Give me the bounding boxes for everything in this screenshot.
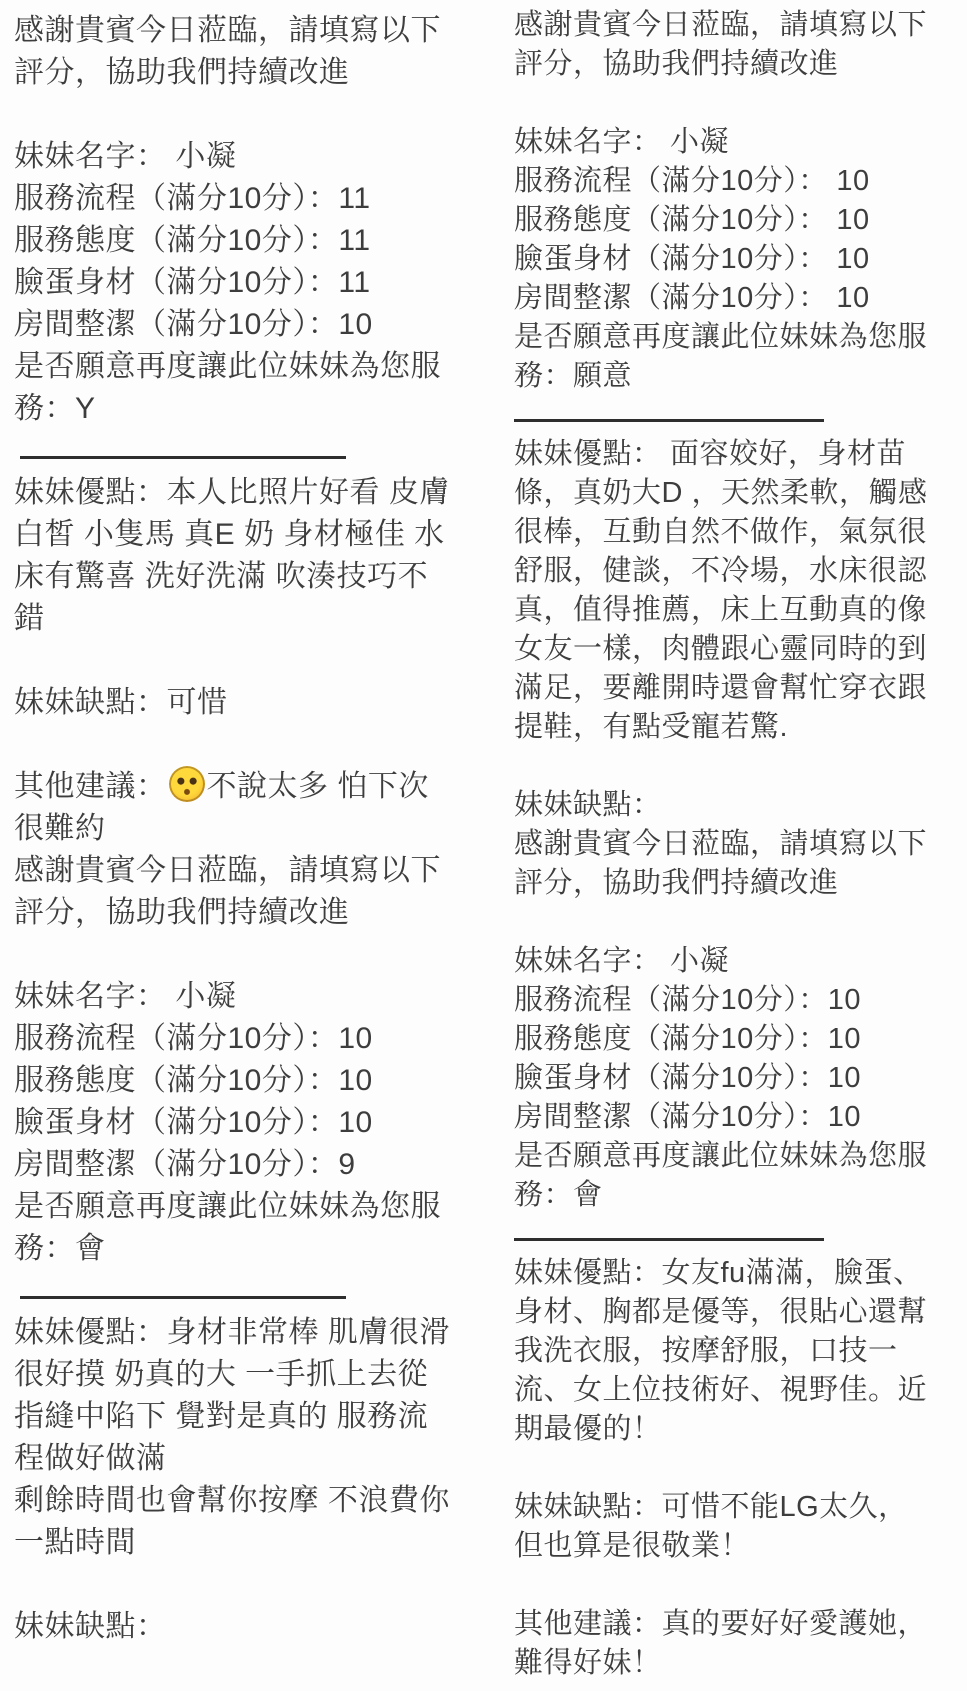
text-line: 服務流程（滿分10分）： 10	[514, 162, 964, 201]
text-line: 妹妹名字： 小凝	[514, 123, 964, 162]
text-line: 一點時間	[14, 1522, 466, 1564]
left-review-column: 感謝貴賓今日蒞臨，請填寫以下評分，協助我們持續改進 妹妹名字： 小凝服務流程（滿…	[14, 10, 466, 1648]
text-line: 臉蛋身材（滿分10分）： 10	[514, 240, 964, 279]
text-span: 不說太多 怕下次	[207, 770, 429, 803]
text-line: 房間整潔（滿分10分）：9	[14, 1144, 466, 1186]
blank-line	[14, 1564, 466, 1606]
text-line: 期最優的！	[514, 1410, 964, 1449]
text-line: 感謝貴賓今日蒞臨，請填寫以下	[514, 825, 964, 864]
text-line: 我洗衣服，按摩舒服，口技一	[514, 1332, 964, 1371]
text-line: 難得好妹！	[514, 1644, 964, 1683]
right-review-column: 感謝貴賓今日蒞臨，請填寫以下評分，協助我們持續改進 妹妹名字： 小凝服務流程（滿…	[514, 6, 964, 1683]
text-line: 條，真奶大D ，天然柔軟，觸感	[514, 474, 964, 513]
text-line: 舒服，健談，不冷場，水床很認	[514, 552, 964, 591]
blank-line	[514, 903, 964, 942]
text-line: 服務流程（滿分10分）：11	[14, 178, 466, 220]
text-line: 臉蛋身材（滿分10分）：11	[14, 262, 466, 304]
text-line: 臉蛋身材（滿分10分）：10	[514, 1059, 964, 1098]
text-line: 是否願意再度讓此位妹妹為您服	[514, 1137, 964, 1176]
text-line: 剩餘時間也會幫你按摩 不浪費你	[14, 1480, 466, 1522]
text-line: 提鞋，有點受寵若驚.	[514, 708, 964, 747]
section-divider	[14, 1270, 466, 1312]
blank-line	[14, 94, 466, 136]
section-divider	[514, 1215, 964, 1254]
text-line: 白皙 小隻馬 真E 奶 身材極佳 水	[14, 514, 466, 556]
text-line: 但也算是很敬業！	[514, 1527, 964, 1566]
section-divider	[514, 396, 964, 435]
text-line: 評分，協助我們持續改進	[514, 45, 964, 84]
text-line: 身材、胸都是優等，很貼心還幫	[514, 1293, 964, 1332]
text-line: 服務態度（滿分10分）：11	[14, 220, 466, 262]
text-line: 臉蛋身材（滿分10分）：10	[14, 1102, 466, 1144]
text-line: 流、女上位技術好、視野佳。近	[514, 1371, 964, 1410]
text-line: 是否願意再度讓此位妹妹為您服	[514, 318, 964, 357]
text-line: 妹妹缺點：	[514, 786, 964, 825]
text-line: 很難約	[14, 808, 466, 850]
text-line: 務：會	[14, 1228, 466, 1270]
text-line: 女友一樣，肉體跟心靈同時的到	[514, 630, 964, 669]
blank-line	[14, 640, 466, 682]
text-line: 妹妹名字： 小凝	[14, 136, 466, 178]
text-line: 錯	[14, 598, 466, 640]
blank-line	[514, 84, 964, 123]
blank-line	[514, 747, 964, 786]
text-line: 評分，協助我們持續改進	[14, 52, 466, 94]
text-line: 床有驚喜 洗好洗滿 吹湊技巧不	[14, 556, 466, 598]
text-line: 務：會	[514, 1176, 964, 1215]
text-line: 程做好做滿	[14, 1438, 466, 1480]
text-line: 房間整潔（滿分10分）：10	[514, 1098, 964, 1137]
text-line: 其他建議：真的要好好愛護她，	[514, 1605, 964, 1644]
text-line: 妹妹名字： 小凝	[514, 942, 964, 981]
text-line: 服務流程（滿分10分）：10	[514, 981, 964, 1020]
blank-line	[14, 724, 466, 766]
text-line: 房間整潔（滿分10分）： 10	[514, 279, 964, 318]
text-line: 其他建議：不說太多 怕下次	[14, 766, 466, 808]
text-line: 服務流程（滿分10分）：10	[14, 1018, 466, 1060]
text-line: 是否願意再度讓此位妹妹為您服	[14, 346, 466, 388]
text-line: 感謝貴賓今日蒞臨，請填寫以下	[14, 10, 466, 52]
text-line: 妹妹優點：身材非常棒 肌膚很滑	[14, 1312, 466, 1354]
text-line: 妹妹優點： 面容姣好，身材苗	[514, 435, 964, 474]
text-line: 評分，協助我們持續改進	[514, 864, 964, 903]
text-line: 妹妹缺點：可惜	[14, 682, 466, 724]
text-line: 滿足，要離開時還會幫忙穿衣跟	[514, 669, 964, 708]
text-line: 服務態度（滿分10分）：10	[14, 1060, 466, 1102]
text-line: 很棒，互動自然不做作，氣氛很	[514, 513, 964, 552]
text-line: 妹妹缺點：	[14, 1606, 466, 1648]
text-line: 妹妹優點：女友fu滿滿，臉蛋、	[514, 1254, 964, 1293]
text-line: 務：願意	[514, 357, 964, 396]
text-span: 其他建議：	[14, 770, 167, 803]
text-line: 妹妹名字： 小凝	[14, 976, 466, 1018]
text-line: 務：Y	[14, 388, 466, 430]
blank-line	[514, 1449, 964, 1488]
text-line: 感謝貴賓今日蒞臨，請填寫以下	[14, 850, 466, 892]
hushed-face-emoji	[169, 766, 205, 802]
text-line: 評分，協助我們持續改進	[14, 892, 466, 934]
blank-line	[514, 1566, 964, 1605]
text-line: 房間整潔（滿分10分）：10	[14, 304, 466, 346]
text-line: 是否願意再度讓此位妹妹為您服	[14, 1186, 466, 1228]
text-line: 真，值得推薦，床上互動真的像	[514, 591, 964, 630]
text-line: 感謝貴賓今日蒞臨，請填寫以下	[514, 6, 964, 45]
blank-line	[14, 934, 466, 976]
text-line: 很好摸 奶真的大 一手抓上去從	[14, 1354, 466, 1396]
text-line: 指縫中陷下 覺對是真的 服務流	[14, 1396, 466, 1438]
feedback-page: 感謝貴賓今日蒞臨，請填寫以下評分，協助我們持續改進 妹妹名字： 小凝服務流程（滿…	[0, 0, 967, 1691]
section-divider	[14, 430, 466, 472]
text-line: 服務態度（滿分10分）：10	[514, 1020, 964, 1059]
text-line: 服務態度（滿分10分）： 10	[514, 201, 964, 240]
text-line: 妹妹優點：本人比照片好看 皮膚	[14, 472, 466, 514]
text-line: 妹妹缺點：可惜不能LG太久，	[514, 1488, 964, 1527]
